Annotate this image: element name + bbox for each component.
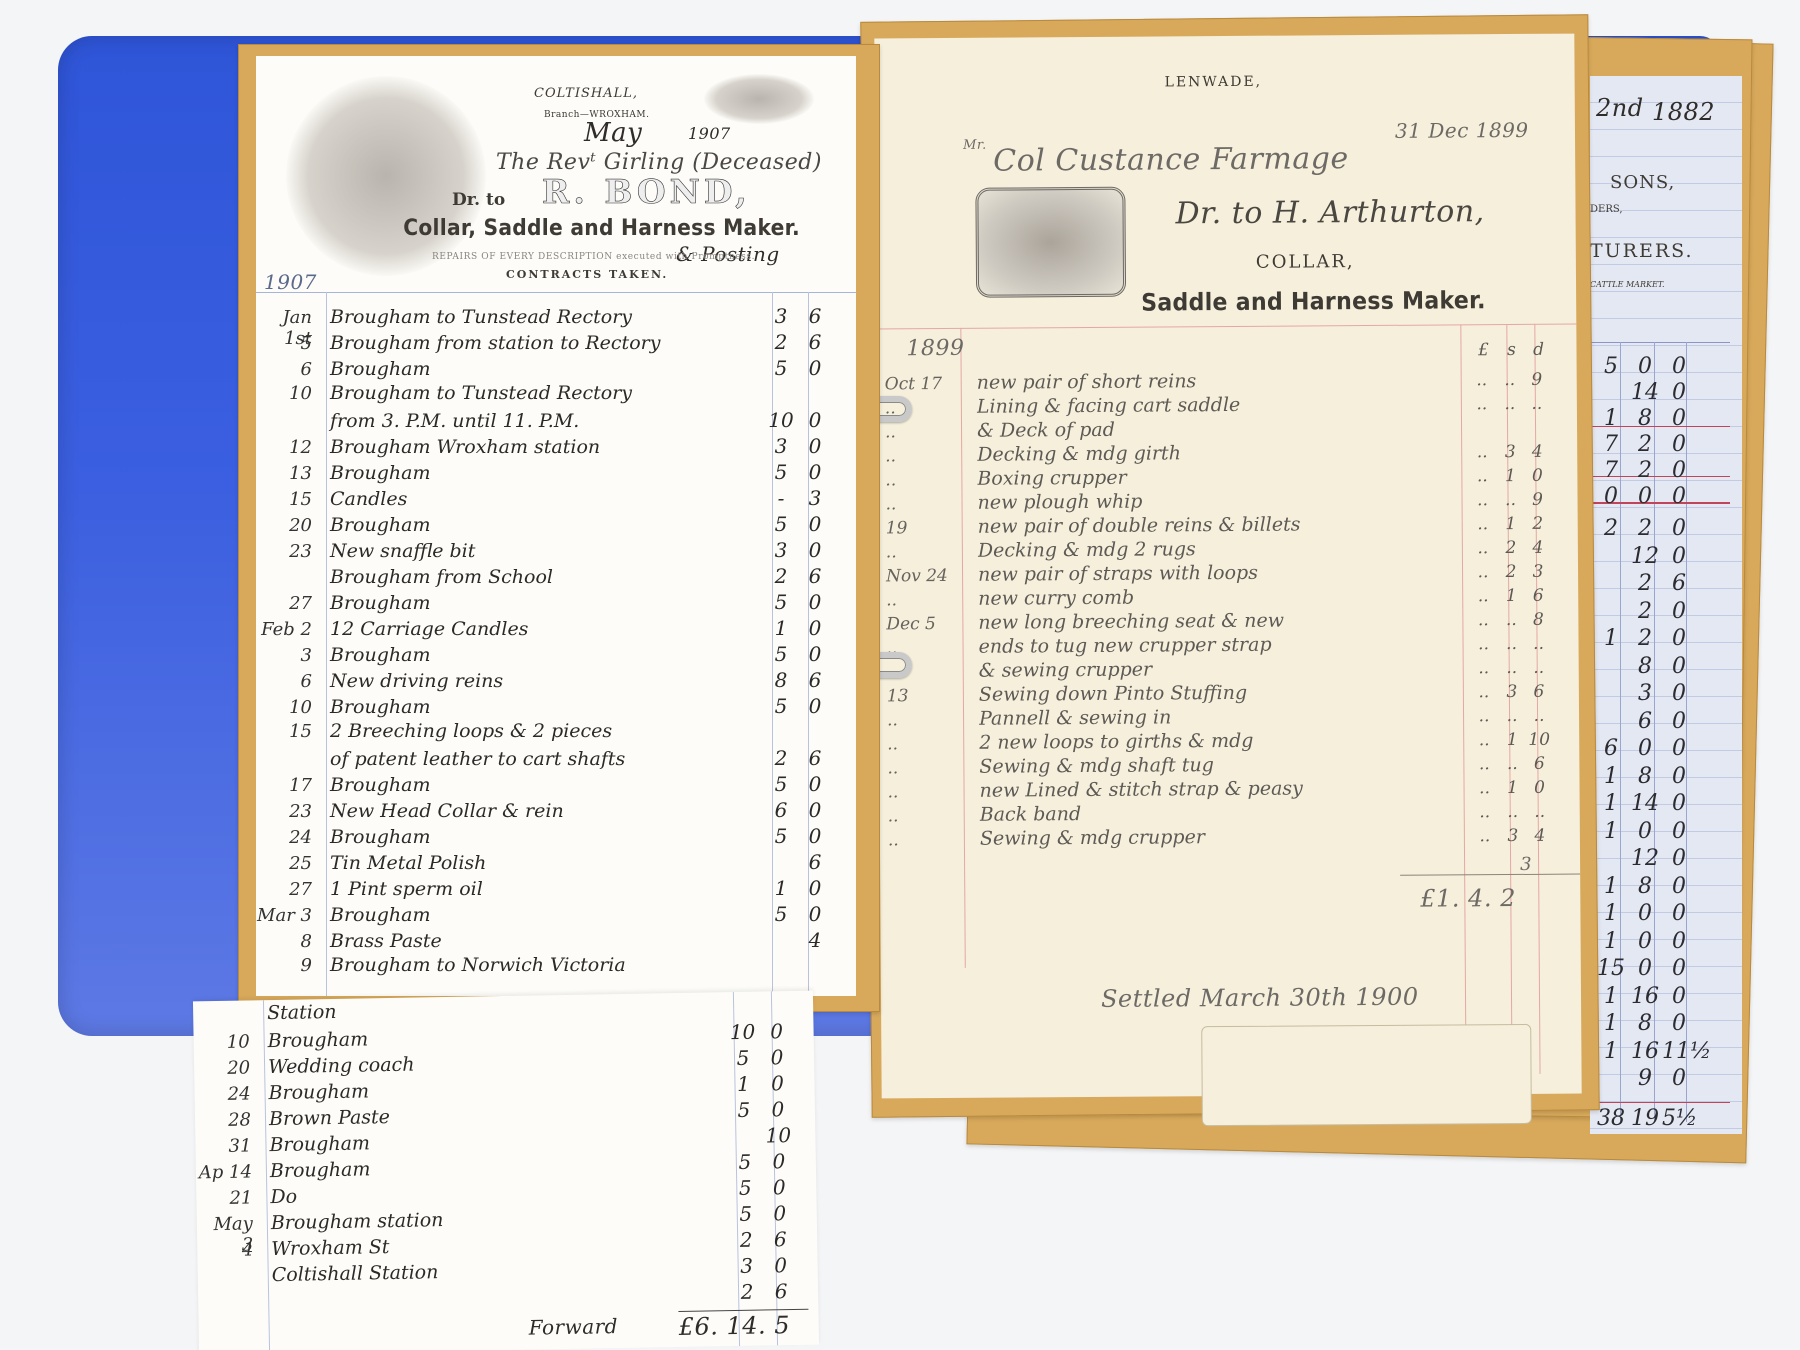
ledger-row: ..2 new loops to girths & mdg..110	[887, 728, 1553, 755]
forward-total: £6. 14. 5	[678, 1311, 790, 1341]
entry-pence: 6	[798, 746, 832, 770]
entry-description: New driving reins	[320, 670, 764, 692]
entry-date: 12	[256, 437, 320, 458]
right-bill-1882: 2nd 1882 SONS, DERS, TURERS. CATTLE MARK…	[1590, 76, 1742, 1134]
entry-description: 12 Carriage Candles	[320, 618, 764, 640]
ledger-row: ..new plough whip....9	[885, 488, 1551, 515]
entry-pence: 0	[798, 590, 832, 614]
entry-pence: 0	[798, 434, 832, 458]
entry-date: Oct 17	[885, 374, 977, 395]
amount-pounds: 1	[1594, 406, 1628, 431]
entry-pence: 0	[1523, 466, 1551, 486]
amount-pounds: 6	[1594, 736, 1628, 761]
entry-shillings: 2	[1498, 562, 1524, 582]
entry-date: ..	[888, 830, 980, 851]
entry-pence: 4	[798, 928, 832, 952]
entry-description: new pair of straps with loops	[978, 560, 1468, 585]
middle-addressee-prefix: Mr.	[963, 138, 987, 153]
entry-pence: 0	[761, 1097, 795, 1122]
middle-bill-1899: LENWADE, 31 Dec 1899 Mr. Col Custance Fa…	[874, 34, 1581, 1099]
amount-pence: 0	[1662, 901, 1696, 926]
amount-row: 11611½	[1594, 1039, 1696, 1064]
amount-shillings: 8	[1628, 1011, 1662, 1036]
amount-row: 30	[1594, 681, 1696, 706]
amount-pounds	[1594, 599, 1628, 624]
entry-pounds: ..	[1468, 562, 1498, 582]
entry-date: 27	[256, 593, 320, 614]
right-bill-red-rule-4	[1590, 1102, 1730, 1103]
entry-shillings	[725, 1011, 759, 1012]
middle-header-rule	[876, 324, 1576, 330]
entry-pence: 0	[798, 356, 832, 380]
entry-pence: 0	[763, 1253, 797, 1278]
entry-date: ..	[888, 782, 980, 803]
entry-date	[198, 1307, 262, 1308]
amount-pounds	[1594, 654, 1628, 679]
entry-description: new pair of short reins	[977, 368, 1467, 393]
amount-row: 80	[1594, 654, 1696, 679]
ledger-row: 5Brougham from station to Rectory26	[256, 330, 832, 354]
amount-row: 100	[1594, 819, 1696, 844]
entry-pence: ..	[1523, 394, 1551, 414]
entry-description: Brass Paste	[320, 930, 764, 952]
ledger-row: Feb 212 Carriage Candles10	[256, 616, 832, 640]
entry-pence: ..	[1525, 658, 1553, 678]
entry-description: Brougham	[320, 358, 764, 380]
entry-description: Brougham from station to Rectory	[320, 332, 764, 354]
right-bill-heading-ders: DERS,	[1590, 204, 1623, 215]
entry-pence: 6	[1525, 754, 1553, 774]
amount-row: 20	[1594, 599, 1696, 624]
ledger-row: 10Brougham50	[256, 694, 832, 718]
amount-pounds: 15	[1594, 956, 1628, 981]
entry-description: from 3. P.M. until 11. P.M.	[320, 410, 764, 432]
entry-shillings: 5	[728, 1150, 762, 1175]
entry-date	[198, 1281, 262, 1282]
entry-shillings: 3	[764, 304, 798, 328]
entry-pence: 0	[798, 772, 832, 796]
entry-pence: 2	[1524, 514, 1552, 534]
amount-pounds: 1	[1594, 764, 1628, 789]
ledger-row: ..new curry comb..16	[886, 584, 1552, 611]
entry-date: ..	[886, 542, 978, 563]
amount-pence: 0	[1662, 791, 1696, 816]
entry-pounds: ..	[1469, 682, 1499, 702]
photo-scene: 2nd 1882 SONS, DERS, TURERS. CATTLE MARK…	[0, 0, 1800, 1350]
entry-pence: 0	[798, 460, 832, 484]
entry-shillings: 5	[764, 824, 798, 848]
amount-pence: 0	[1662, 432, 1696, 457]
entry-pence: 0	[798, 876, 832, 900]
ledger-row: 6New driving reins86	[256, 668, 832, 692]
entry-pence: 0	[760, 1045, 794, 1070]
entry-shillings: 1	[1499, 778, 1525, 798]
left-contracts: CONTRACTS TAKEN.	[506, 268, 668, 281]
entry-pounds: ..	[1467, 394, 1497, 414]
ledger-row: 19new pair of double reins & billets..12	[886, 512, 1552, 539]
amount-pounds	[1594, 544, 1628, 569]
entry-date: 17	[256, 775, 320, 796]
amount-pence: 0	[1662, 1011, 1696, 1036]
ledger-row: 13Sewing down Pinto Stuffing..36	[887, 680, 1553, 707]
entry-shillings: 3	[1497, 442, 1523, 462]
entry-date: 8	[256, 931, 320, 952]
amount-pence: 0	[1662, 736, 1696, 761]
middle-date: 31 Dec 1899	[1395, 118, 1529, 143]
amount-shillings: 2	[1628, 599, 1662, 624]
entry-description: Brougham	[320, 696, 764, 718]
amount-row: 180	[1594, 764, 1696, 789]
amount-pounds: 1	[1594, 984, 1628, 1009]
entry-pence: 6	[798, 668, 832, 692]
amount-shillings: 0	[1628, 819, 1662, 844]
entry-pence: 0	[763, 1201, 797, 1226]
ledger-row: 6Brougham50	[256, 356, 832, 380]
entry-shillings: 5	[764, 902, 798, 926]
amount-pence: 0	[1662, 354, 1696, 379]
entry-shillings: 5	[764, 512, 798, 536]
ledger-row: Dec 5new long breeching seat & new....8	[886, 608, 1552, 635]
ledger-row: ..ends to tug new crupper strap......	[886, 632, 1552, 659]
entry-date: ..	[887, 758, 979, 779]
amount-shillings: 3	[1628, 681, 1662, 706]
entry-description: Brougham Wroxham station	[320, 436, 764, 458]
entry-date: 28	[195, 1109, 259, 1131]
entry-pence: 6	[798, 330, 832, 354]
entry-date: 3	[256, 645, 320, 666]
forward-label: Forward	[528, 1314, 618, 1340]
amount-row: 120	[1594, 846, 1696, 871]
entry-pence: 0	[798, 902, 832, 926]
entry-shillings: 5	[726, 1046, 760, 1071]
entry-shillings: 5	[764, 460, 798, 484]
ledger-row: ..Decking & mdg girth..34	[885, 440, 1551, 467]
amount-pence: 0	[1662, 626, 1696, 651]
entry-description: Station	[257, 994, 725, 1024]
amount-row: 90	[1594, 1066, 1696, 1091]
entry-shillings: 1	[764, 616, 798, 640]
entry-shillings: 10	[725, 1020, 759, 1045]
amount-shillings: 8	[1628, 406, 1662, 431]
entry-pence: 6	[763, 1227, 797, 1252]
right-bill-heading-turers: TURERS.	[1590, 240, 1694, 262]
left-repairs-note: REPAIRS OF EVERY DESCRIPTION executed wi…	[432, 252, 755, 262]
entry-pence: 10	[1525, 730, 1553, 750]
entry-shillings: ..	[1499, 658, 1525, 678]
entry-description: Sewing & mdg crupper	[980, 824, 1470, 849]
amount-row: 38195½	[1594, 1106, 1696, 1131]
entry-description: ends to tug new crupper strap	[978, 632, 1468, 657]
amount-row: 180	[1594, 406, 1696, 431]
amount-row: 1160	[1594, 984, 1696, 1009]
entry-date: 6	[256, 671, 320, 692]
amount-pence: 0	[1662, 764, 1696, 789]
entry-pence: ..	[1526, 802, 1554, 822]
entry-shillings: 8	[764, 668, 798, 692]
ledger-row: ..Back band......	[888, 800, 1554, 827]
amount-row: 180	[1594, 874, 1696, 899]
amount-shillings: 0	[1628, 354, 1662, 379]
entry-description: Brougham to Tunstead Rectory	[320, 306, 764, 328]
ledger-row: Mar 3Brougham50	[256, 902, 832, 926]
amount-row: 000	[1594, 484, 1696, 509]
entry-date: 24	[256, 827, 320, 848]
entry-description: Lining & facing cart saddle	[977, 392, 1467, 417]
amount-row: 600	[1594, 736, 1696, 761]
middle-trade: Saddle and Harness Maker.	[1141, 286, 1486, 316]
amount-pence: 0	[1662, 380, 1696, 405]
amount-pence: 0	[1662, 874, 1696, 899]
entry-date: Ap 14	[196, 1161, 260, 1183]
entry-pence: 0	[798, 538, 832, 562]
amount-shillings: 2	[1628, 432, 1662, 457]
entry-pence: 0	[762, 1149, 796, 1174]
entry-date: 25	[256, 853, 320, 874]
entry-description: Brougham	[320, 644, 764, 666]
entry-date: ..	[885, 422, 977, 443]
amount-pounds: 1	[1594, 626, 1628, 651]
entry-pence: 0	[798, 616, 832, 640]
amount-pounds: 1	[1594, 901, 1628, 926]
right-bill-heading-sons: SONS,	[1610, 172, 1675, 193]
amount-pence: 0	[1662, 984, 1696, 1009]
entry-shillings: 1	[1499, 730, 1525, 750]
entry-description: Pannell & sewing in	[979, 704, 1469, 729]
entry-description: & sewing crupper	[979, 656, 1469, 681]
amount-pounds: 1	[1594, 874, 1628, 899]
amount-row: 180	[1594, 1011, 1696, 1036]
entry-pounds: ..	[1467, 370, 1497, 390]
horse-and-carriage-vignette	[704, 74, 814, 124]
amount-pence: 0	[1662, 484, 1696, 509]
entry-date: 9	[256, 955, 320, 976]
ledger-row: 271 Pint sperm oil10	[256, 876, 832, 900]
left-date-month: May	[584, 118, 642, 148]
entry-description: Candles	[320, 488, 764, 510]
entry-shillings: 3	[764, 538, 798, 562]
entry-description: new Lined & stitch strap & peasy	[979, 776, 1469, 801]
entry-pence: 6	[764, 1279, 798, 1304]
entry-pence: 6	[798, 564, 832, 588]
entry-description: New Head Collar & rein	[320, 800, 764, 822]
entry-shillings: 3	[764, 434, 798, 458]
amount-pounds: 7	[1594, 458, 1628, 483]
entry-pounds: ..	[1468, 634, 1498, 654]
entry-shillings: 10	[764, 408, 798, 432]
amount-shillings: 14	[1628, 791, 1662, 816]
amount-shillings: 16	[1628, 984, 1662, 1009]
entry-pence: 0	[798, 512, 832, 536]
entry-pence: 9	[1523, 490, 1551, 510]
entry-shillings: ..	[1498, 610, 1524, 630]
middle-settled: Settled March 30th 1900	[1101, 983, 1419, 1013]
entry-date: 13	[256, 463, 320, 484]
entry-date: 20	[194, 1057, 258, 1079]
entry-description: Sewing & mdg shaft tug	[979, 752, 1469, 777]
amount-pence: 0	[1662, 406, 1696, 431]
amount-pounds	[1594, 709, 1628, 734]
amount-shillings: 8	[1628, 654, 1662, 679]
ledger-row: ..Boxing crupper..10	[885, 464, 1551, 491]
left-bill-1907: COLTISHALL, Branch—WROXHAM. May 1907 The…	[256, 56, 856, 996]
entry-description: new plough whip	[977, 488, 1467, 513]
amount-shillings: 19	[1628, 1106, 1662, 1131]
ledger-row: 20Brougham50	[256, 512, 832, 536]
left-trade: Collar, Saddle and Harness Maker.	[403, 216, 800, 241]
framed-horse-saddle-vignette	[975, 187, 1126, 298]
entry-shillings: 1	[1498, 514, 1524, 534]
amount-row: 120	[1594, 626, 1696, 651]
amount-pounds: 0	[1594, 484, 1628, 509]
entry-shillings: 2	[1498, 538, 1524, 558]
ledger-row: ..Lining & facing cart saddle......	[885, 392, 1551, 419]
entry-pence: 4	[1526, 826, 1554, 846]
ledger-row: from 3. P.M. until 11. P.M.100	[256, 408, 832, 432]
amount-pence: 0	[1662, 458, 1696, 483]
amount-pounds: 1	[1594, 1011, 1628, 1036]
entry-pence: 0	[762, 1175, 796, 1200]
ledger-row: Nov 24new pair of straps with loops..23	[886, 560, 1552, 587]
right-bill-rule	[1590, 342, 1730, 343]
amount-shillings: 6	[1628, 709, 1662, 734]
amount-pounds: 1	[1594, 929, 1628, 954]
amount-pence: 0	[1662, 1066, 1696, 1091]
entry-description: Brougham to Tunstead Rectory	[320, 382, 764, 404]
entry-date: ..	[886, 590, 978, 611]
entry-description: Brougham from School	[320, 566, 764, 588]
entry-pence: 0	[798, 798, 832, 822]
entry-date: 23	[256, 541, 320, 562]
entry-pence: 3	[798, 486, 832, 510]
entry-description: new curry comb	[978, 584, 1468, 609]
ledger-row: ..& sewing crupper......	[887, 656, 1553, 683]
entry-date: ..	[885, 446, 977, 467]
amount-pounds: 1	[1594, 791, 1628, 816]
entry-pence: 0	[760, 1071, 794, 1096]
entry-date: 10	[256, 383, 320, 404]
middle-collar: COLLAR,	[1256, 251, 1355, 273]
entry-pence: 0	[798, 408, 832, 432]
entry-shillings: 5	[764, 356, 798, 380]
entry-pounds: ..	[1470, 826, 1500, 846]
entry-shillings: 1	[764, 876, 798, 900]
entry-date: 27	[256, 879, 320, 900]
entry-pence: 10	[761, 1123, 795, 1148]
entry-pence: 6	[798, 304, 832, 328]
entry-shillings: 5	[729, 1202, 763, 1227]
entry-pence: ..	[1524, 634, 1552, 654]
middle-total: £1. 4. 2	[1420, 884, 1516, 913]
entry-pence: 6	[1525, 682, 1553, 702]
ledger-row: 27Brougham50	[256, 590, 832, 614]
amount-pence: 0	[1662, 681, 1696, 706]
ledger-row: 3Brougham50	[256, 642, 832, 666]
entry-shillings: -	[764, 486, 798, 510]
entry-pence: 6	[798, 850, 832, 874]
entry-date: 13	[887, 686, 979, 707]
entry-date: 5	[256, 333, 320, 354]
amount-pence: 0	[1662, 846, 1696, 871]
ledger-row: Oct 17new pair of short reins....9	[885, 368, 1551, 395]
entry-shillings: ..	[1499, 754, 1525, 774]
entry-shillings: 3	[729, 1254, 763, 1279]
amount-shillings: 9	[1628, 1066, 1662, 1091]
entry-date: ..	[887, 710, 979, 731]
entry-description: Back band	[980, 800, 1470, 825]
entry-description: Decking & mdg 2 rugs	[978, 536, 1468, 561]
entry-pence: 0	[759, 1019, 793, 1044]
entry-pounds: ..	[1467, 442, 1497, 462]
entry-pence	[759, 1010, 793, 1011]
amount-row: 100	[1594, 929, 1696, 954]
middle-town: LENWADE,	[1165, 74, 1263, 91]
entry-description: & Deck of pad	[977, 416, 1467, 441]
entry-shillings: 5	[727, 1098, 761, 1123]
entry-shillings: 2	[730, 1280, 764, 1305]
left-date-year: 1907	[688, 124, 731, 143]
amount-shillings: 8	[1628, 764, 1662, 789]
entry-date: 23	[256, 801, 320, 822]
entry-shillings: 6	[764, 798, 798, 822]
amount-shillings: 2	[1628, 516, 1662, 541]
entry-shillings: 5	[764, 772, 798, 796]
entry-shillings: ..	[1498, 634, 1524, 654]
ledger-row: 23New snaffle bit30	[256, 538, 832, 562]
entry-date: ..	[887, 734, 979, 755]
entry-pence: ..	[1525, 706, 1553, 726]
entry-date: 10	[256, 697, 320, 718]
entry-date: Nov 24	[886, 566, 978, 587]
entry-pounds: ..	[1468, 514, 1498, 534]
ledger-row: of patent leather to cart shafts26	[256, 746, 832, 770]
entry-pence: 0	[798, 642, 832, 666]
amount-shillings: 0	[1628, 736, 1662, 761]
middle-column-headers: £ s d	[1468, 340, 1552, 361]
entry-pounds: ..	[1467, 490, 1497, 510]
amount-pounds	[1594, 681, 1628, 706]
ledger-row: 10Brougham to Tunstead Rectory	[256, 382, 832, 404]
entry-description: Brougham to Norwich Victoria	[320, 954, 764, 976]
entry-description: 1 Pint sperm oil	[320, 878, 764, 900]
amount-pence: 11½	[1662, 1039, 1696, 1064]
amount-row: 26	[1594, 571, 1696, 596]
entry-shillings: 3	[1500, 826, 1526, 846]
amount-shillings: 2	[1628, 626, 1662, 651]
ledger-row: 23New Head Collar & rein60	[256, 798, 832, 822]
middle-addressee: Col Custance Farmage	[993, 141, 1349, 178]
amount-shillings: 14	[1628, 380, 1662, 405]
ledger-row: 17Brougham50	[256, 772, 832, 796]
entry-date: Dec 5	[886, 614, 978, 635]
entry-pence: 0	[798, 824, 832, 848]
horse-head-saddle-illustration	[286, 76, 486, 276]
ledger-row: ..Sewing & mdg crupper..34	[888, 824, 1554, 851]
entry-shillings: 5	[764, 590, 798, 614]
right-bill-date: 2nd	[1596, 94, 1644, 122]
entry-date	[193, 1019, 257, 1020]
amount-pence: 0	[1662, 956, 1696, 981]
amount-pence: 0	[1662, 544, 1696, 569]
ledger-row: 8Brass Paste4	[256, 928, 832, 952]
ledger-row: 15Candles-3	[256, 486, 832, 510]
ledger-row: 13Brougham50	[256, 460, 832, 484]
amount-shillings: 12	[1628, 846, 1662, 871]
entry-date: 21	[196, 1187, 260, 1209]
entry-description: New snaffle bit	[320, 540, 764, 562]
amount-shillings: 0	[1628, 929, 1662, 954]
ledger-row: ..& Deck of pad	[885, 416, 1551, 443]
amount-row: 720	[1594, 432, 1696, 457]
